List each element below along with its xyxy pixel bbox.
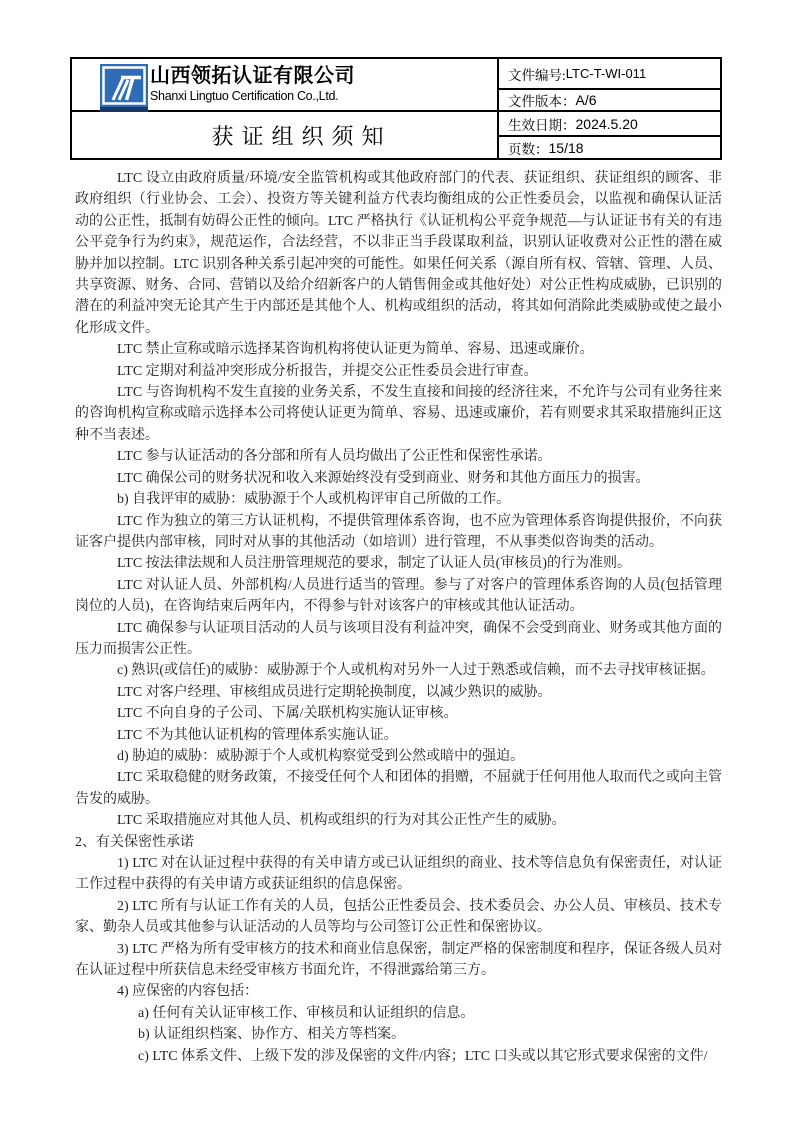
body-paragraph: LTC 按法律法规和人员注册管理规范的要求，制定了认证人员(审核员)的行为准则。 xyxy=(75,553,722,574)
body-paragraph: LTC 作为独立的第三方认证机构，不提供管理体系咨询，也不应为管理体系咨询提供报… xyxy=(75,511,722,554)
body-paragraph: LTC 确保参与认证项目活动的人员与该项目没有利益冲突，确保不会受到商业、财务或… xyxy=(75,618,722,661)
doc-field-row: 文件编号:LTC-T-WI-011 xyxy=(499,59,720,88)
doc-field-label: 文件版本： xyxy=(508,90,576,110)
body-paragraph: LTC 禁止宣称或暗示选择某咨询机构将使认证更为简单、容易、迅速或廉价。 xyxy=(75,339,722,360)
company-name-en: Shanxi Lingtuo Certification Co.,Ltd. xyxy=(150,89,480,104)
doc-field-row: 生效日期：2024.5.20 xyxy=(499,110,720,135)
header-table: 山西领拓认证有限公司 Shanxi Lingtuo Certification … xyxy=(70,57,722,160)
doc-meta-column: 文件编号:LTC-T-WI-011 文件版本：A/6 生效日期：2024.5.2… xyxy=(497,59,720,158)
body-paragraph: 4) 应保密的内容包括： xyxy=(75,981,722,1002)
doc-title-cell: 获证组织须知 xyxy=(72,110,497,158)
page-title: 获证组织须知 xyxy=(177,120,391,151)
body-paragraph: b) 认证组织档案、协作方、相关方等档案。 xyxy=(75,1024,722,1045)
header-left-column: 山西领拓认证有限公司 Shanxi Lingtuo Certification … xyxy=(72,59,497,158)
body-paragraph: LTC 设立由政府质量/环境/安全监管机构或其他政府部门的代表、获证组织、获证组… xyxy=(75,168,722,339)
doc-field-label: 文件编号: xyxy=(508,64,566,84)
doc-field-value: 2024.5.20 xyxy=(576,116,638,132)
doc-field-row: 文件版本：A/6 xyxy=(499,88,720,110)
body-paragraph: LTC 与咨询机构不发生直接的业务关系，不发生直接和间接的经济往来，不允许与公司… xyxy=(75,382,722,446)
body-paragraph: a) 任何有关认证审核工作、审核员和认证组织的信息。 xyxy=(75,1003,722,1024)
doc-field-label: 页数： xyxy=(508,138,549,158)
document-page: 山西领拓认证有限公司 Shanxi Lingtuo Certification … xyxy=(0,0,793,1123)
body-paragraph: c) 熟识(或信任)的威胁：威胁源于个人或机构对另外一人过于熟悉或信赖，而不去寻… xyxy=(75,660,722,681)
doc-field-value: 15/18 xyxy=(549,140,584,156)
body-paragraph: d) 胁迫的威胁：威胁源于个人或机构察觉受到公然或暗中的强迫。 xyxy=(75,746,722,767)
body-paragraph: LTC 不向自身的子公司、下属/关联机构实施认证审核。 xyxy=(75,703,722,724)
body-paragraph: LTC 采取稳健的财务政策，不接受任何个人和团体的捐赠，不屈就于任何用他人取而代… xyxy=(75,767,722,810)
body-paragraph: LTC 不为其他认证机构的管理体系实施认证。 xyxy=(75,725,722,746)
doc-field-value: LTC-T-WI-011 xyxy=(566,66,646,81)
body-paragraph: LTC 对客户经理、审核组成员进行定期轮换制度，以减少熟识的威胁。 xyxy=(75,682,722,703)
body-paragraph: LTC 参与认证活动的各分部和所有人员均做出了公正性和保密性承诺。 xyxy=(75,446,722,467)
body-paragraph: LTC 采取措施应对其他人员、机构或组织的行为对其公正性产生的威胁。 xyxy=(75,810,722,831)
doc-field-label: 生效日期： xyxy=(508,114,576,134)
body-paragraph: LTC 确保公司的财务状况和收入来源始终没有受到商业、财务和其他方面压力的损害。 xyxy=(75,468,722,489)
lingtuo-logo-icon xyxy=(100,64,148,112)
body-paragraph: b) 自我评审的威胁：威胁源于个人或机构评审自己所做的工作。 xyxy=(75,489,722,510)
doc-field-row: 页数：15/18 xyxy=(499,135,720,158)
body-paragraph: 2、有关保密性承诺 xyxy=(75,832,722,853)
company-name-block: 山西领拓认证有限公司 Shanxi Lingtuo Certification … xyxy=(150,63,480,104)
company-header-cell: 山西领拓认证有限公司 Shanxi Lingtuo Certification … xyxy=(72,59,497,110)
company-name-cn: 山西领拓认证有限公司 xyxy=(150,63,480,89)
body-paragraph: LTC 对认证人员、外部机构/人员进行适当的管理。参与了对客户的管理体系咨询的人… xyxy=(75,575,722,618)
body-paragraph: 3) LTC 严格为所有受审核方的技术和商业信息保密，制定严格的保密制度和程序，… xyxy=(75,939,722,982)
body-paragraph: LTC 定期对利益冲突形成分析报告，并提交公正性委员会进行审查。 xyxy=(75,361,722,382)
doc-field-value: A/6 xyxy=(576,92,597,108)
document-body: LTC 设立由政府质量/环境/安全监管机构或其他政府部门的代表、获证组织、获证组… xyxy=(75,168,722,1067)
body-paragraph: c) LTC 体系文件、上级下发的涉及保密的文件/内容；LTC 口头或以其它形式… xyxy=(75,1046,722,1067)
body-paragraph: 1) LTC 对在认证过程中获得的有关申请方或已认证组织的商业、技术等信息负有保… xyxy=(75,853,722,896)
body-paragraph: 2) LTC 所有与认证工作有关的人员，包括公正性委员会、技术委员会、办公人员、… xyxy=(75,896,722,939)
